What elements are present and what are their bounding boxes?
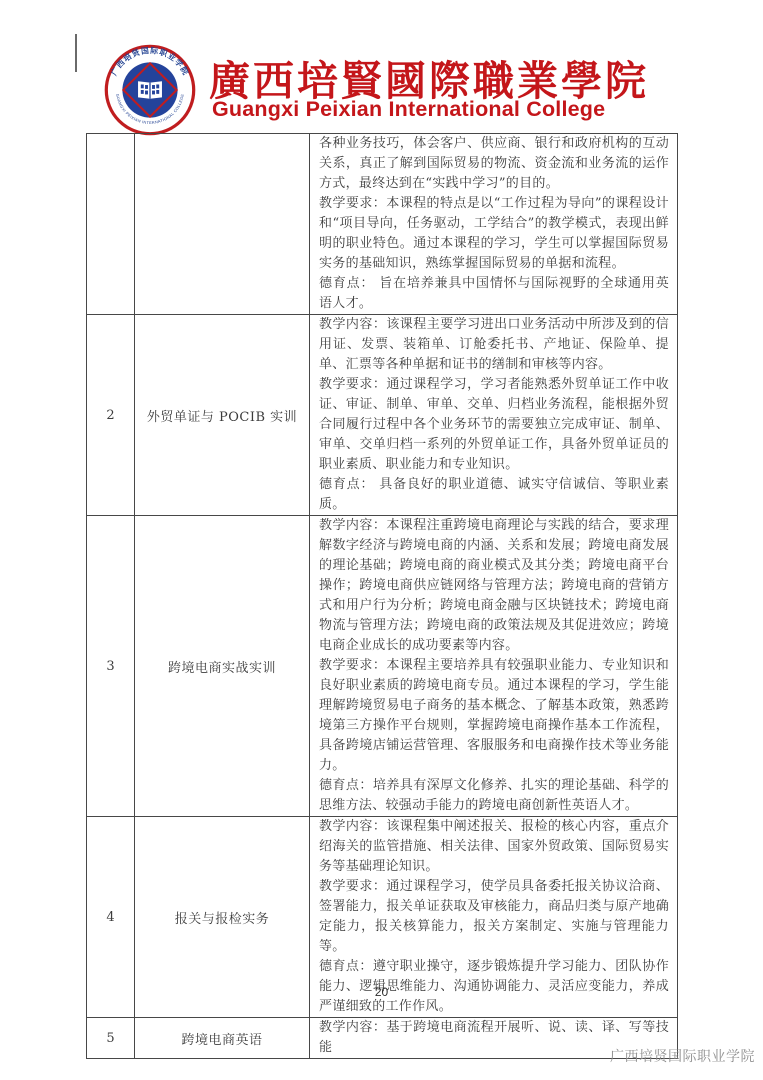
course-number: 2 [87, 315, 135, 516]
footer-watermark: 广西培贤国际职业学院 [610, 1046, 755, 1066]
course-name: 跨境电商英语 [135, 1018, 310, 1059]
description-paragraph: 德育点： 具备良好的职业道德、诚实守信诚信、等职业素质。 [319, 475, 669, 515]
description-paragraph: 教学要求：本课程主要培养具有较强职业能力、专业知识和良好职业素质的跨境电商专员。… [319, 656, 669, 776]
table-row: 各种业务技巧，体会客户、供应商、银行和政府机构的互动关系，真正了解到国际贸易的物… [87, 134, 678, 315]
description-paragraph: 德育点： 旨在培养兼具中国情怀与国际视野的全球通用英语人才。 [319, 274, 669, 314]
table-row: 3跨境电商实战实训教学内容：本课程注重跨境电商理论与实践的结合，要求理解数字经济… [87, 516, 678, 817]
course-name [135, 134, 310, 315]
course-number: 3 [87, 516, 135, 817]
description-paragraph: 教学要求：通过课程学习，学习者能熟悉外贸单证工作中收证、审证、制单、审单、交单、… [319, 375, 669, 475]
description-paragraph: 教学内容：该课程集中阐述报关、报检的核心内容，重点介绍海关的监管措施、相关法律、… [319, 817, 669, 877]
description-paragraph: 教学要求：本课程的特点是以“工作过程为导向”的课程设计和“项目导向，任务驱动，工… [319, 194, 669, 274]
college-name-english: Guangxi Peixian International College [212, 97, 605, 122]
course-description: 教学内容：该课程主要学习进出口业务活动中所涉及到的信用证、发票、装箱单、订舱委托… [310, 315, 678, 516]
college-logo: 广西培贤国际职业学院 GUANGXI PEIXIAN INTERNATIONAL… [104, 44, 196, 136]
course-name: 外贸单证与 POCIB 实训 [135, 315, 310, 516]
table-row: 5跨境电商英语教学内容：基于跨境电商流程开展听、说、读、译、写等技能 [87, 1018, 678, 1059]
description-paragraph: 德育点：培养具有深厚文化修养、扎实的理论基础、科学的思维方法、较强动手能力的跨境… [319, 776, 669, 816]
document-page: 广西培贤国际职业学院 GUANGXI PEIXIAN INTERNATIONAL… [0, 0, 763, 1080]
course-table-body: 各种业务技巧，体会客户、供应商、银行和政府机构的互动关系，真正了解到国际贸易的物… [87, 134, 678, 1059]
course-table: 各种业务技巧，体会客户、供应商、银行和政府机构的互动关系，真正了解到国际贸易的物… [86, 133, 678, 1059]
page-number: 20 [0, 985, 763, 999]
course-name: 跨境电商实战实训 [135, 516, 310, 817]
description-paragraph: 教学内容：本课程注重跨境电商理论与实践的结合，要求理解数字经济与跨境电商的内涵、… [319, 516, 669, 656]
table-row: 2外贸单证与 POCIB 实训教学内容：该课程主要学习进出口业务活动中所涉及到的… [87, 315, 678, 516]
course-description: 各种业务技巧，体会客户、供应商、银行和政府机构的互动关系，真正了解到国际贸易的物… [310, 134, 678, 315]
course-number: 5 [87, 1018, 135, 1059]
course-description: 教学内容：本课程注重跨境电商理论与实践的结合，要求理解数字经济与跨境电商的内涵、… [310, 516, 678, 817]
description-paragraph: 教学内容：该课程主要学习进出口业务活动中所涉及到的信用证、发票、装箱单、订舱委托… [319, 315, 669, 375]
college-seal-icon: 广西培贤国际职业学院 GUANGXI PEIXIAN INTERNATIONAL… [104, 44, 196, 136]
scan-artifact-line [75, 34, 77, 72]
description-paragraph: 教学要求：通过课程学习，使学员具备委托报关协议洽商、签署能力，报关单证获取及审核… [319, 877, 669, 957]
course-number [87, 134, 135, 315]
description-paragraph: 各种业务技巧，体会客户、供应商、银行和政府机构的互动关系，真正了解到国际贸易的物… [319, 134, 669, 194]
